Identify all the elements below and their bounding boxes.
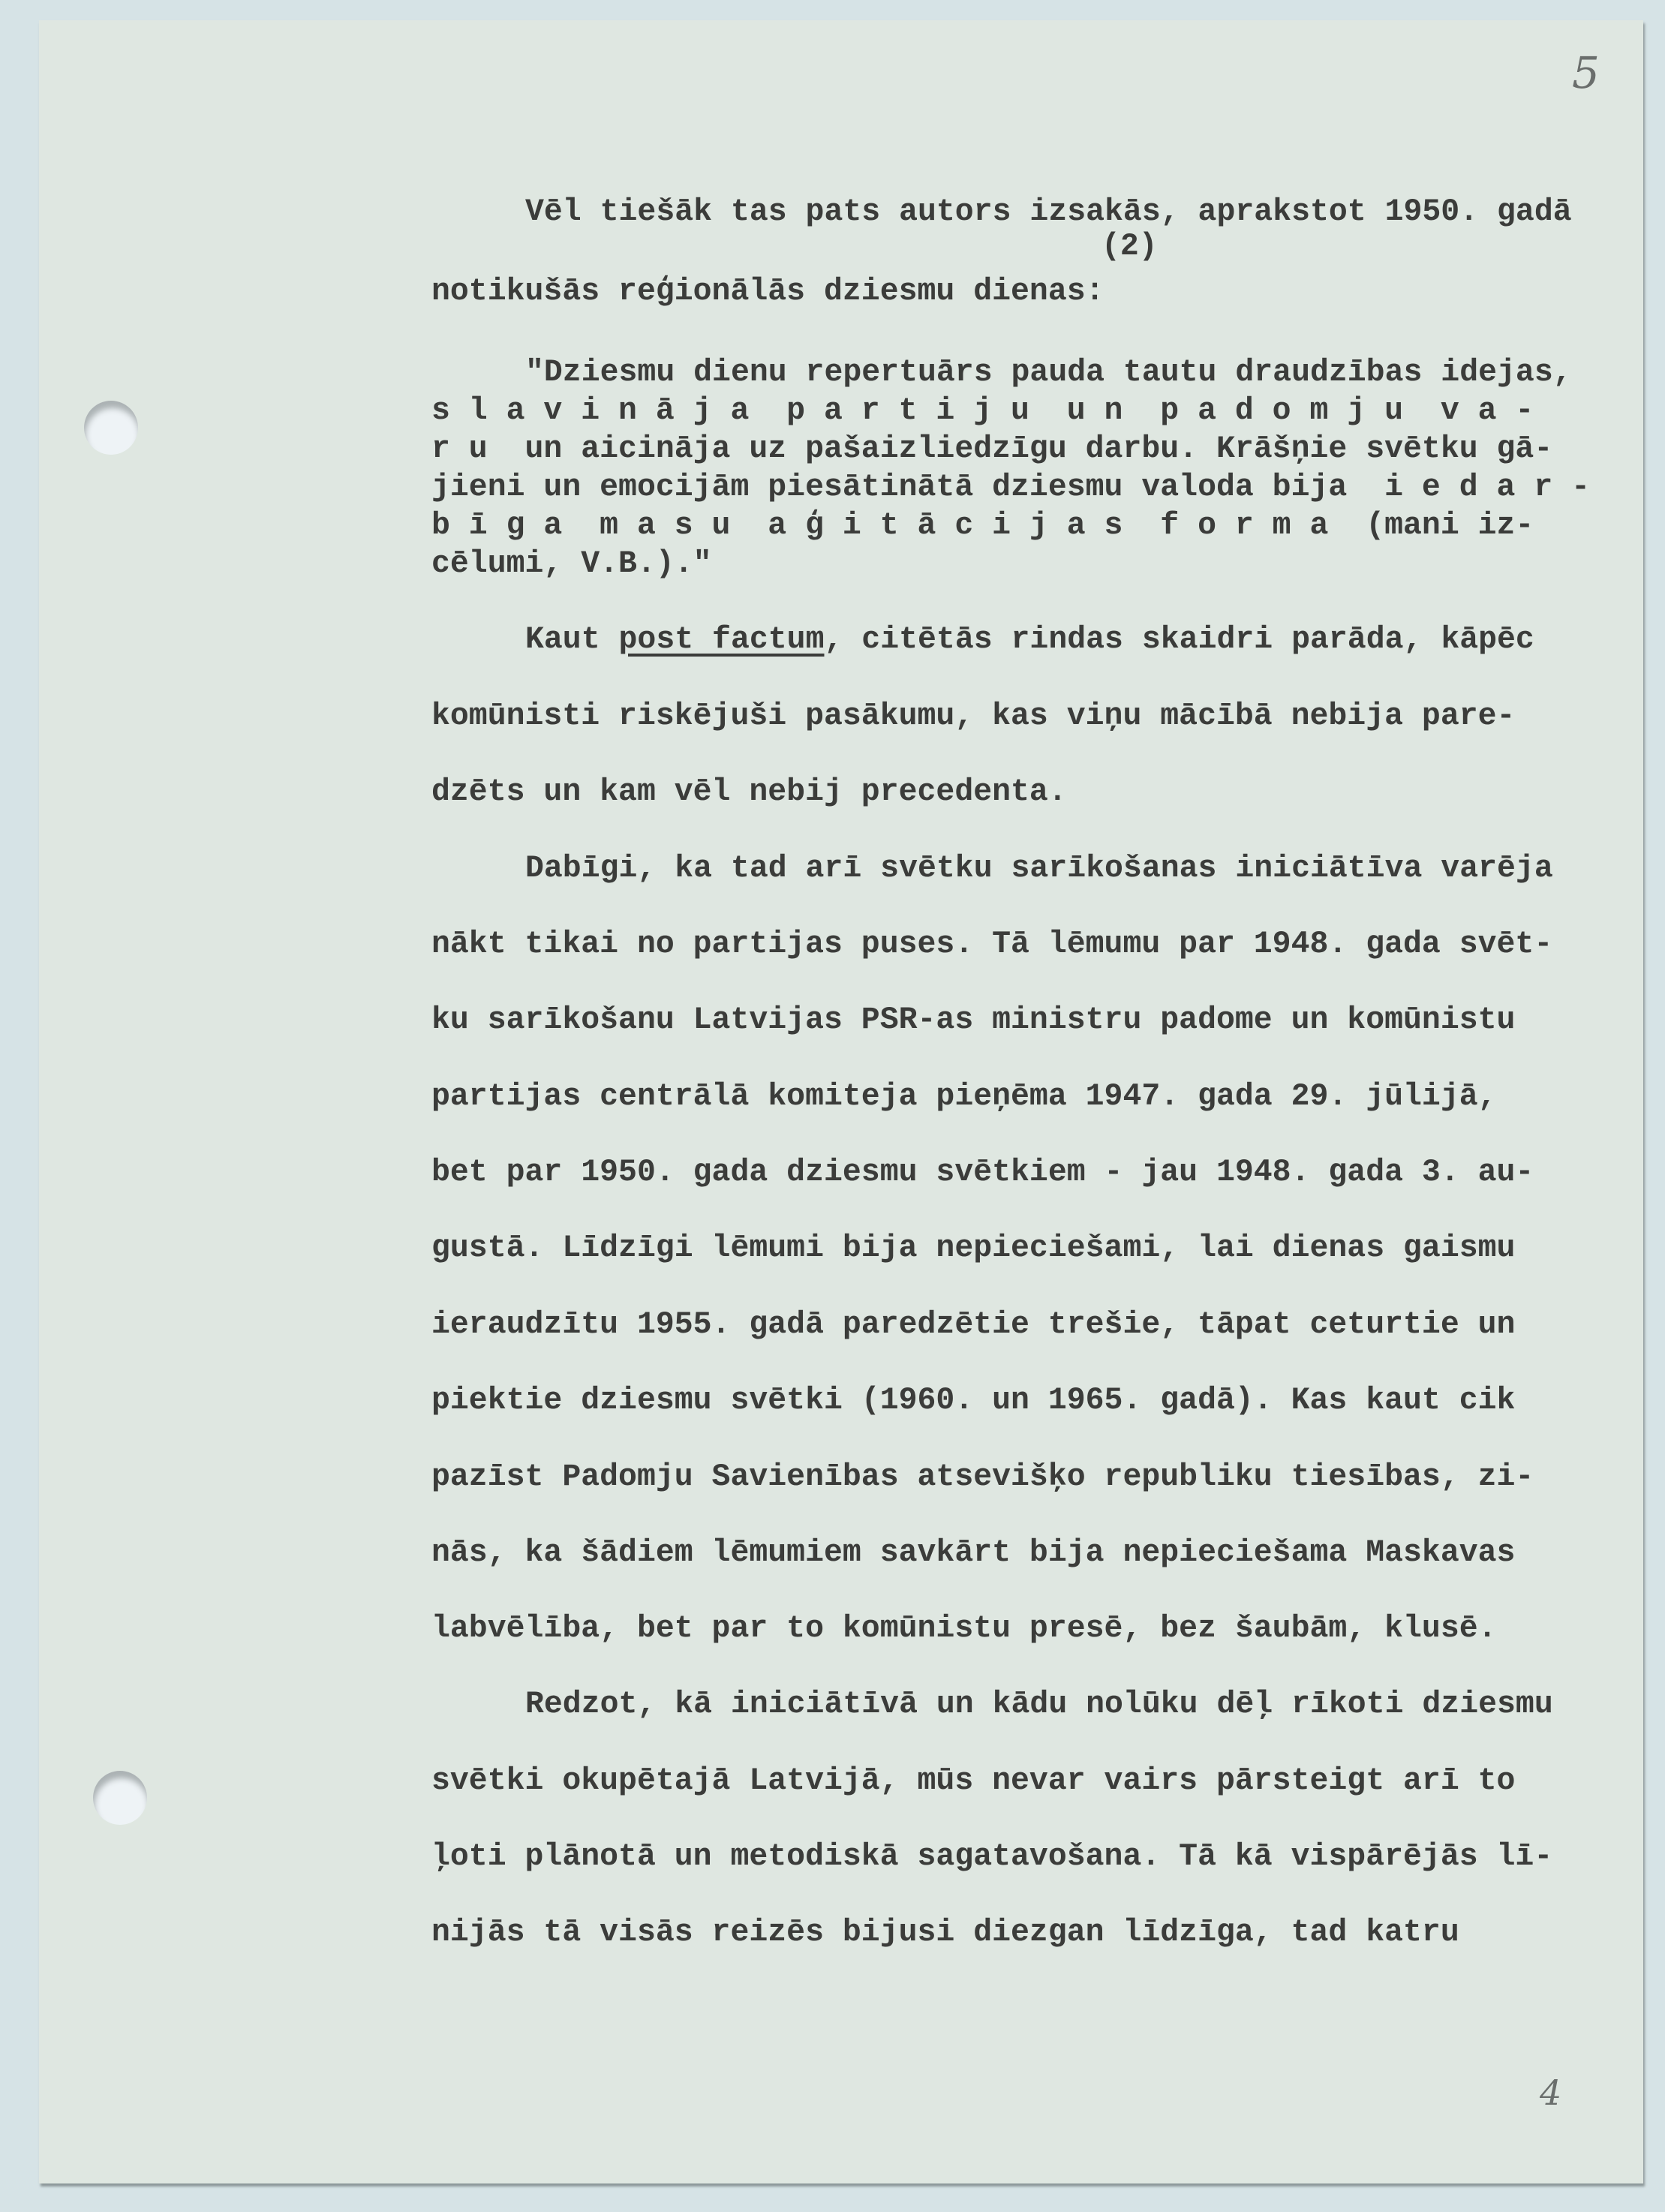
text-line: ļoti plānotā un metodiskā sagatavošana. … <box>431 1841 1552 1873</box>
text-line: Dabīgi, ka tad arī svētku sarīkošanas in… <box>525 853 1553 885</box>
quote-line: cēlumi, V.B.)." <box>431 548 712 580</box>
text-line: partijas centrālā komiteja pieņēma 1947.… <box>431 1081 1497 1113</box>
binder-hole-top <box>84 401 138 455</box>
page-number-top: 5 <box>1572 47 1600 98</box>
text-line: labvēlība, bet par to komūnistu presē, b… <box>431 1613 1497 1645</box>
text-line: nijās tā visās reizēs bijusi diezgan līd… <box>431 1917 1459 1949</box>
text-line: ku sarīkošanu Latvijas PSR-as ministru p… <box>431 1005 1515 1036</box>
page-number-bottom: 4 <box>1540 2072 1561 2113</box>
text-line: nākt tikai no partijas puses. Tā lēmumu … <box>431 929 1552 960</box>
text-line: Kaut post factum, citētās rindas skaidri… <box>525 624 1534 656</box>
text-line: piektie dziesmu svētki (1960. un 1965. g… <box>431 1385 1515 1417</box>
text-line: ieraudzītu 1955. gadā paredzētie trešie,… <box>431 1309 1515 1341</box>
text-line: Vēl tiešāk tas pats autors izsakās, apra… <box>525 197 1572 228</box>
quote-line: r u un aicināja uz pašaizliedzīgu darbu.… <box>431 434 1552 465</box>
text-line: komūnisti riskējuši pasākumu, kas viņu m… <box>431 701 1515 732</box>
underlined-phrase: post factum <box>619 622 825 657</box>
text-prefix: Kaut <box>525 622 619 657</box>
text-line: dzēts un kam vēl nebij precedenta. <box>431 777 1067 808</box>
footnote-marker: (2) <box>1101 231 1158 263</box>
text-line: gustā. Līdzīgi lēmumi bija nepieciešami,… <box>431 1233 1515 1264</box>
text-line: bet par 1950. gada dziesmu svētkiem - ja… <box>431 1157 1534 1189</box>
text-line: pazīst Padomju Savienības atsevišķo repu… <box>431 1462 1534 1493</box>
quote-line-spaced: b ī g a m a s u a ģ i t ā c i j a s f o … <box>431 510 1534 542</box>
text-line: nās, ka šādiem lēmumiem savkārt bija nep… <box>431 1537 1515 1569</box>
text-line: Redzot, kā iniciātīvā un kādu nolūku dēļ… <box>525 1689 1553 1721</box>
binder-hole-bottom <box>93 1771 147 1825</box>
text-line: svētki okupētajā Latvijā, mūs nevar vair… <box>431 1766 1515 1797</box>
text-rest: , citētās rindas skaidri parāda, kāpēc <box>824 622 1534 657</box>
text-line: notikušās reģionālās dziesmu dienas: <box>431 276 1104 308</box>
quote-line: jieni un emocijām piesātinātā dziesmu va… <box>431 472 1590 503</box>
quote-line: "Dziesmu dienu repertuārs pauda tautu dr… <box>525 357 1572 389</box>
quote-line-spaced: s l a v i n ā j a p a r t i j u u n p a … <box>431 395 1534 427</box>
